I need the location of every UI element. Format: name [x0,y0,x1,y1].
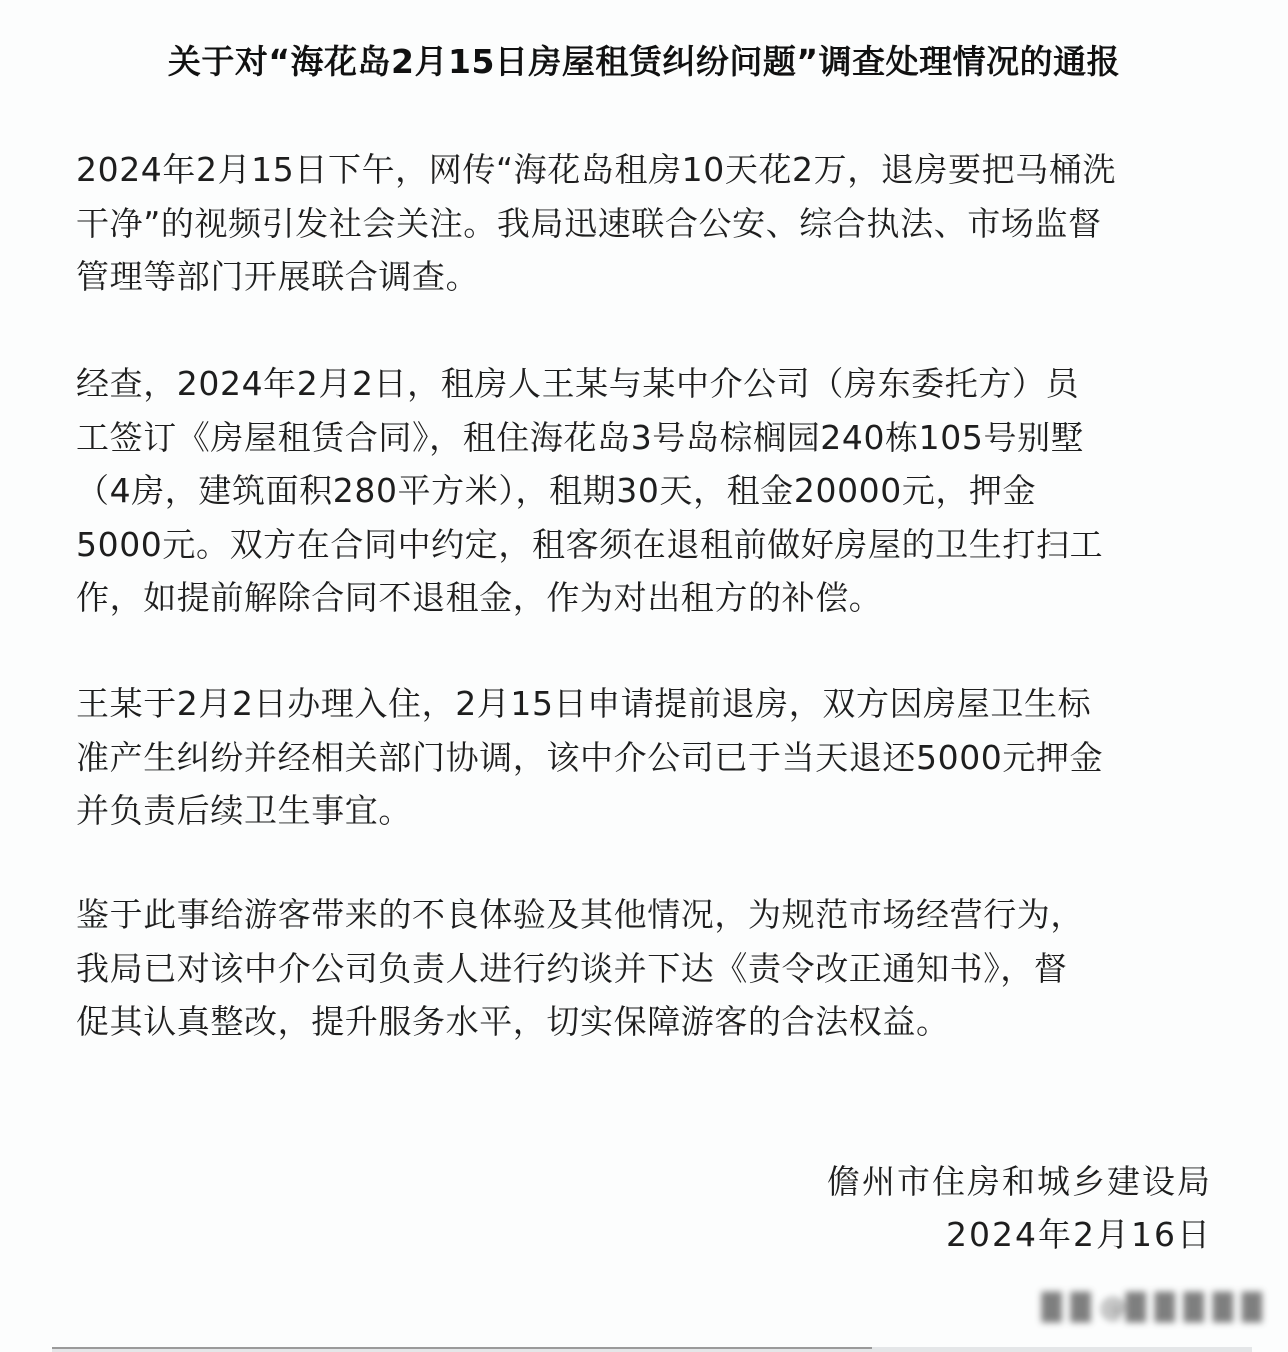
paragraph-line: 并负责后续卫生事宜。 [76,784,1226,838]
paragraph-incident-report: 2024年2月15日下午，网传“海花岛租房10天花2万，退房要把马桶洗 干净”的… [76,143,1226,304]
paragraph-line: 经查，2024年2月2日，租房人王某与某中介公司（房东委托方）员 [76,357,1226,411]
paragraph-dispute-resolution: 王某于2月2日办理入住，2月15日申请提前退房，双方因房屋卫生标 准产生纠纷并经… [76,677,1226,838]
paragraph-line: 干净”的视频引发社会关注。我局迅速联合公安、综合执法、市场监督 [76,197,1226,251]
bottom-divider-line [52,1347,872,1349]
document-title: 关于对“海花岛2月15日房屋租赁纠纷问题”调查处理情况的通报 [0,36,1288,88]
paragraph-line: 工签订《房屋租赁合同》，租住海花岛3号岛棕榈园240栋105号别墅 [76,411,1226,465]
paragraph-line: 促其认真整改，提升服务水平，切实保障游客的合法权益。 [76,995,1226,1049]
paragraph-line: 管理等部门开展联合调查。 [76,250,1226,304]
paragraph-line: 2024年2月15日下午，网传“海花岛租房10天花2万，退房要把马桶洗 [76,143,1226,197]
paragraph-line: 王某于2月2日办理入住，2月15日申请提前退房，双方因房屋卫生标 [76,677,1226,731]
paragraph-line: 5000元。双方在合同中约定，租客须在退租前做好房屋的卫生打扫工 [76,518,1226,572]
signature-block: 儋州市住房和城乡建设局 2024年2月16日 [827,1155,1212,1261]
paragraph-line: 作，如提前解除合同不退租金，作为对出租方的补偿。 [76,571,1226,625]
paragraph-line: 准产生纠纷并经相关部门协调，该中介公司已于当天退还5000元押金 [76,731,1226,785]
issue-date: 2024年2月16日 [827,1208,1212,1261]
paragraph-line: 鉴于此事给游客带来的不良体验及其他情况，为规范市场经营行为， [76,888,1226,942]
paragraph-line: （4房，建筑面积280平方米），租期30天，租金20000元，押金 [76,464,1226,518]
paragraph-investigation-findings: 经查，2024年2月2日，租房人王某与某中介公司（房东委托方）员 工签订《房屋租… [76,357,1226,625]
document-page: 关于对“海花岛2月15日房屋租赁纠纷问题”调查处理情况的通报 2024年2月15… [0,0,1288,1352]
paragraph-corrective-action: 鉴于此事给游客带来的不良体验及其他情况，为规范市场经营行为， 我局已对该中介公司… [76,888,1226,1049]
issuer-name: 儋州市住房和城乡建设局 [827,1155,1212,1208]
blurred-watermark: █ █ @█ █ █ █ █ [992,1290,1262,1326]
paragraph-line: 我局已对该中介公司负责人进行约谈并下达《责令改正通知书》，督 [76,942,1226,996]
